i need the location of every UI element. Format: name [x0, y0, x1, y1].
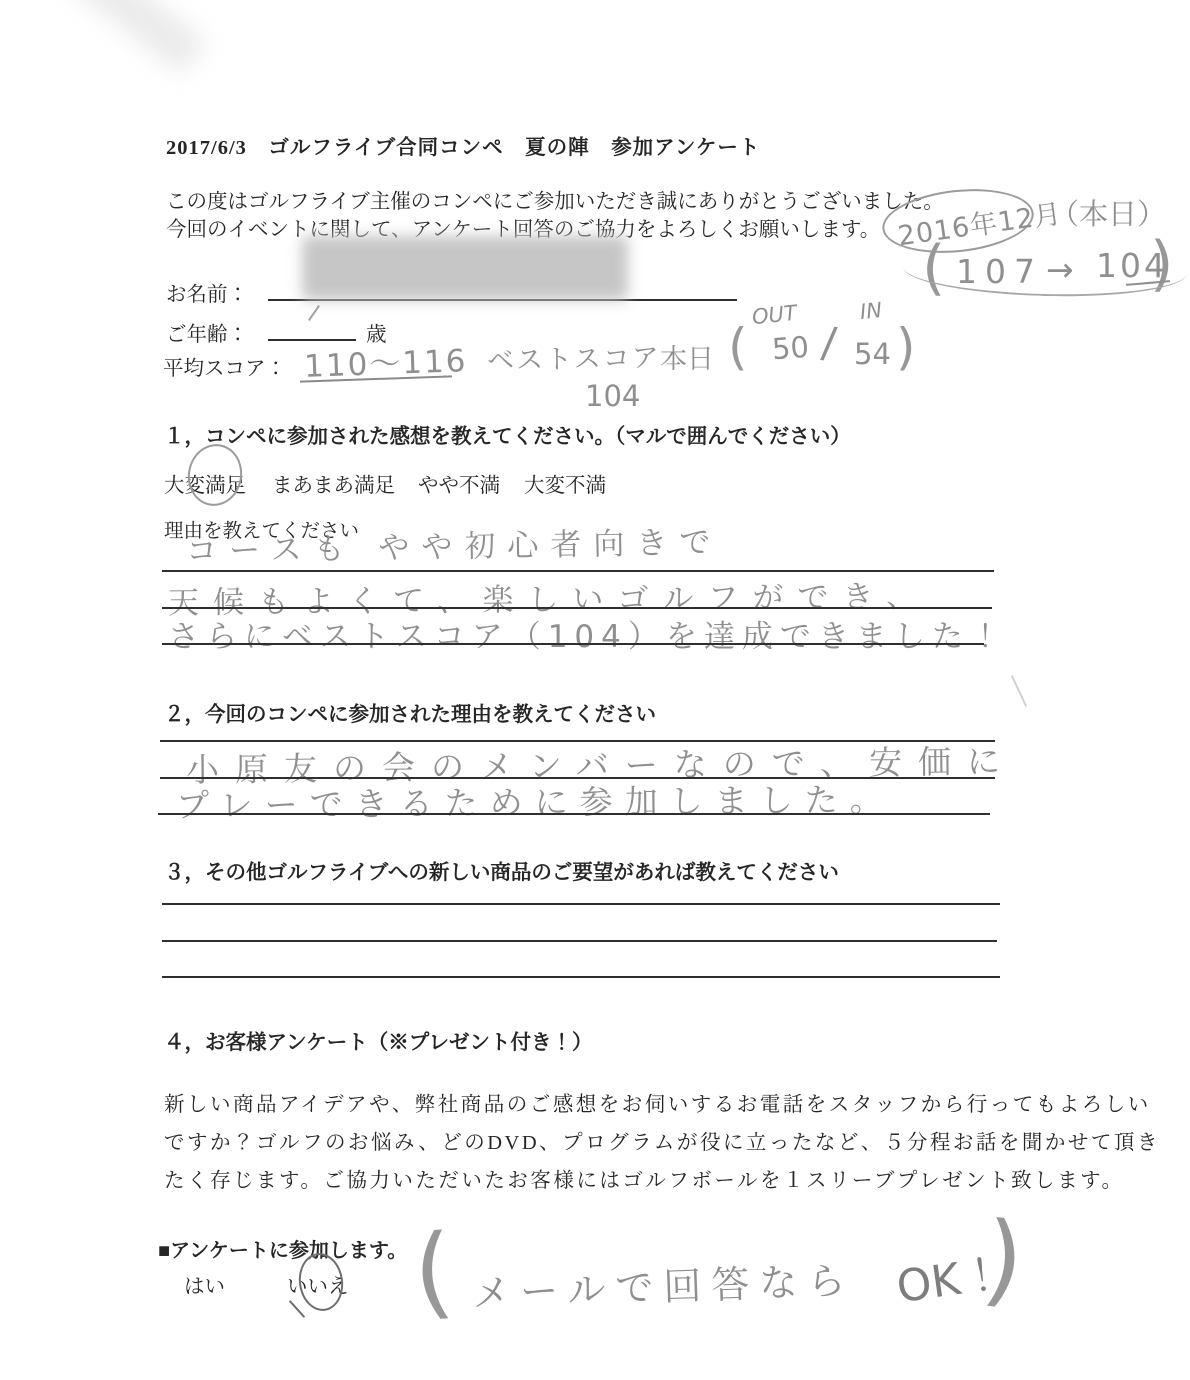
q2-heading: ２，今回のコンペに参加された理由を教えてください: [164, 697, 656, 727]
redacted-name-blur: [302, 236, 628, 300]
handwritten-q1-answer-line3: さらにベストスコア（104）を達成できました！: [168, 611, 1008, 656]
q1-answer-rule-2: [162, 607, 992, 609]
handwritten-note-text: メールで回答なら: [471, 1249, 856, 1317]
pencil-close-paren-note: ): [979, 1208, 1028, 1312]
q1-option-somewhat-satisfied: まあまあ満足: [272, 468, 395, 498]
handwritten-in-score: 54: [854, 337, 891, 371]
q4-body-line1: 新しい商品アイデアや、弊社商品のご感想をお伺いするお電話をスタッフから行ってもよ…: [164, 1087, 1151, 1117]
handwritten-out-label: OUT: [751, 301, 798, 330]
circle-mark-q1-selected: [183, 440, 247, 510]
q1-heading: １，コンペに参加された感想を教えてください。（マルで囲んでください）: [164, 419, 851, 449]
q1-option-very-unsatisfied: 大変不満: [524, 468, 606, 498]
participation-option-yes: はい: [184, 1269, 225, 1299]
q4-body-line3: たく存じます。ご協力いただいたお客様にはゴルフボールを１スリーブプレゼント致しま…: [164, 1163, 1124, 1193]
handwritten-score-slash: /: [819, 317, 838, 367]
q3-heading: ３，その他ゴルフライブへの新しい商品のご要望があれば教えてください: [164, 855, 839, 885]
circle-mark-tail: [289, 1300, 305, 1318]
handwritten-q2-answer-line2: プレーできるために参加しました。: [176, 774, 895, 827]
pencil-open-paren-today: (: [728, 322, 748, 372]
q4-body-line2: ですか？ゴルフのお悩み、どのDVD、プログラムが役に立ったなど、５分程お話を聞か…: [164, 1125, 1160, 1155]
handwritten-out-score: 50: [771, 330, 810, 366]
q4-heading: ４，お客様アンケート（※プレゼント付き！）: [164, 1025, 592, 1055]
pencil-close-paren-today: ): [896, 322, 916, 372]
name-label: お名前：: [166, 277, 248, 307]
pencil-tick-under-name: [308, 305, 320, 321]
handwritten-in-label: IN: [859, 298, 883, 324]
handwritten-today-word: 本日: [660, 337, 714, 376]
handwritten-best-score-label: ベストスコア: [487, 335, 661, 377]
q3-answer-rule-3: [162, 976, 1000, 978]
intro-line-1: この度はゴルフライブ主催のコンペにご参加いただき誠にありがとうございました。: [166, 184, 944, 214]
q3-answer-rule-1: [162, 903, 1000, 905]
pencil-open-paren-note: (: [411, 1221, 457, 1323]
q1-option-somewhat-unsatisfied: やや不満: [418, 468, 500, 498]
scan-smudge: [64, 0, 207, 74]
handwritten-q1-answer-line1: コースも やや初心者向きで: [186, 516, 723, 570]
handwritten-best-score-value: 104: [585, 379, 640, 413]
q2-answer-rule-3: [158, 813, 990, 815]
scanned-survey-page: 2017/6/3 ゴルフライブ合同コンペ 夏の陣 参加アンケート この度はゴルフ…: [0, 0, 1190, 1380]
participation-label: ■アンケートに参加します。: [158, 1234, 407, 1263]
pencil-stray-stroke: [1011, 675, 1027, 707]
handwritten-today-label: （本日）: [1050, 192, 1166, 233]
q3-answer-rule-2: [162, 940, 997, 942]
age-label: ご年齢：: [166, 317, 248, 347]
q1-answer-rule-3: [162, 643, 984, 645]
average-score-label: 平均スコア：: [163, 351, 286, 381]
page-title: 2017/6/3 ゴルフライブ合同コンペ 夏の陣 参加アンケート: [166, 130, 760, 160]
